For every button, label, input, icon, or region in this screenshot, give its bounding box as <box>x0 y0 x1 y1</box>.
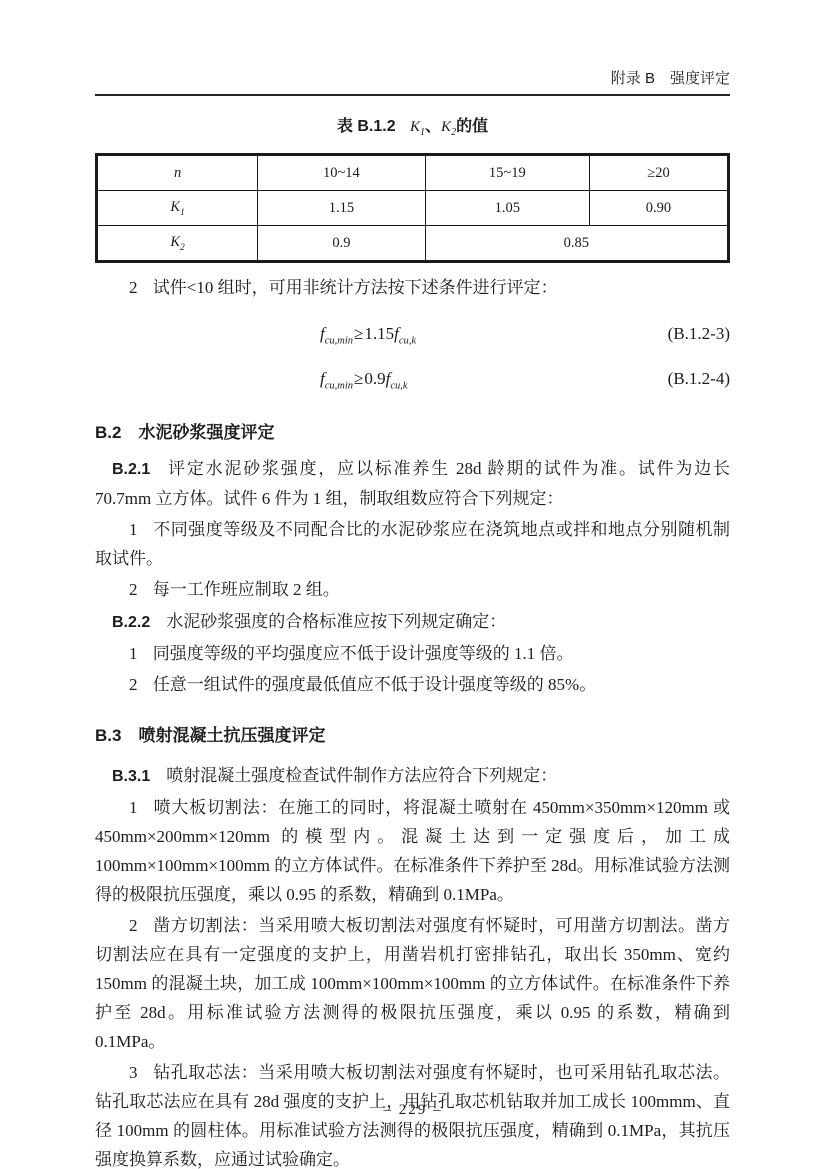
table-caption-comma: 、 <box>425 118 441 135</box>
item-text: 同强度等级的平均强度应不低于设计强度等级的 1.1 倍。 <box>153 644 574 663</box>
page-number: – 229 – <box>0 1102 826 1119</box>
equation-formula: fcu,min≥1.15fcu,k <box>320 322 416 353</box>
table-cell-range2: 15~19 <box>425 155 589 191</box>
item-number: 1 <box>129 644 138 663</box>
section-title: 水泥砂浆强度评定 <box>138 423 274 442</box>
section-label: B.2 <box>95 423 121 442</box>
table-cell-k1-v2: 1.05 <box>425 191 589 226</box>
clause-b31-item1: 1喷大板切割法：在施工的同时，将混凝土喷射在 450mm×350mm×120mm… <box>95 793 730 909</box>
table-cell-range3: ≥20 <box>589 155 728 191</box>
item-text: 凿方切割法：当采用喷大板切割法对强度有怀疑时，可用凿方切割法。凿方切割法应在具有… <box>95 916 730 1051</box>
clause-b21: B.2.1评定水泥砂浆强度，应以标准养生 28d 龄期的试件为准。试件为边长 7… <box>95 454 730 513</box>
item-number: 2 <box>129 675 138 694</box>
equation-b124: fcu,min≥0.9fcu,k (B.1.2-4) <box>95 367 730 398</box>
item-number: 1 <box>129 520 138 539</box>
table-caption-k2: K2 <box>441 119 456 135</box>
section-label: B.3 <box>95 726 121 745</box>
table-row-k2: K2 0.9 0.85 <box>97 226 729 262</box>
table-cell-k1-label: K1 <box>97 191 258 226</box>
item-number: 2 <box>129 278 138 297</box>
item-text: 试件<10 组时，可用非统计方法按下述条件进行评定： <box>153 278 558 297</box>
section-heading-b3: B.3喷射混凝土抗压强度评定 <box>95 725 730 747</box>
item-number: 3 <box>129 1063 138 1082</box>
item-number: 2 <box>129 916 138 935</box>
clause-label: B.2.1 <box>112 461 150 478</box>
equation-number: (B.1.2-3) <box>668 322 730 346</box>
item-number: 1 <box>129 798 138 817</box>
page-header: 附录 B 强度评定 <box>95 70 730 96</box>
equation-number: (B.1.2-4) <box>668 367 730 391</box>
clause-b31: B.3.1喷射混凝土强度检查试件制作方法应符合下列规定： <box>95 761 730 791</box>
equation-b123: fcu,min≥1.15fcu,k (B.1.2-3) <box>95 322 730 353</box>
table-cell-k1-v3: 0.90 <box>589 191 728 226</box>
clause-b21-item1: 1不同强度等级及不同配合比的水泥砂浆应在浇筑地点或拌和地点分别随机制取试件。 <box>95 515 730 573</box>
table-caption-suffix: 的值 <box>456 118 488 135</box>
clause-text: 水泥砂浆强度的合格标准应按下列规定确定： <box>166 612 506 631</box>
header-title: 强度评定 <box>670 70 730 88</box>
table-caption-label: 表 B.1.2 <box>337 118 396 135</box>
table-caption-k1: K1 <box>410 119 425 135</box>
table-row-k1: K1 1.15 1.05 0.90 <box>97 191 729 226</box>
section-title: 喷射混凝土抗压强度评定 <box>138 726 325 745</box>
document-page: 附录 B 强度评定 表 B.1.2K1、K2的值 n 10~14 15~19 ≥… <box>0 0 826 1169</box>
table-cell-range1: 10~14 <box>258 155 425 191</box>
section-heading-b2: B.2水泥砂浆强度评定 <box>95 422 730 444</box>
clause-label: B.3.1 <box>112 768 150 785</box>
item-text: 不同强度等级及不同配合比的水泥砂浆应在浇筑地点或拌和地点分别随机制取试件。 <box>95 520 730 568</box>
table-cell-k2-v2-merged: 0.85 <box>425 226 728 262</box>
table-cell-k2-label: K2 <box>97 226 258 262</box>
equation-formula: fcu,min≥0.9fcu,k <box>320 367 408 398</box>
item-text: 任意一组试件的强度最低值应不低于设计强度等级的 85%。 <box>153 675 596 694</box>
k-values-table: n 10~14 15~19 ≥20 K1 1.15 1.05 0.90 K2 0… <box>95 153 730 263</box>
table-cell-n: n <box>97 155 258 191</box>
table-cell-k2-v1: 0.9 <box>258 226 425 262</box>
header-appendix-label: 附录 B <box>611 70 655 88</box>
item-text: 每一工作班应制取 2 组。 <box>153 580 340 599</box>
item-number: 2 <box>129 580 138 599</box>
clause-text: 评定水泥砂浆强度，应以标准养生 28d 龄期的试件为准。试件为边长 70.7mm… <box>95 459 730 508</box>
table-header-row: n 10~14 15~19 ≥20 <box>97 155 729 191</box>
table-caption: 表 B.1.2K1、K2的值 <box>95 116 730 144</box>
item-text: 喷大板切割法：在施工的同时，将混凝土喷射在 450mm×350mm×120mm … <box>95 798 730 904</box>
table-cell-k1-v1: 1.15 <box>258 191 425 226</box>
clause-b21-item2: 2每一工作班应制取 2 组。 <box>95 575 730 604</box>
clause-b22: B.2.2水泥砂浆强度的合格标准应按下列规定确定： <box>95 607 730 637</box>
clause-label: B.2.2 <box>112 614 150 631</box>
clause-b31-item2: 2凿方切割法：当采用喷大板切割法对强度有怀疑时，可用凿方切割法。凿方切割法应在具… <box>95 911 730 1056</box>
clause-b22-item1: 1同强度等级的平均强度应不低于设计强度等级的 1.1 倍。 <box>95 639 730 668</box>
clause-b12-item2: 2试件<10 组时，可用非统计方法按下述条件进行评定： <box>95 273 730 302</box>
clause-text: 喷射混凝土强度检查试件制作方法应符合下列规定： <box>166 766 557 785</box>
clause-b22-item2: 2任意一组试件的强度最低值应不低于设计强度等级的 85%。 <box>95 670 730 699</box>
